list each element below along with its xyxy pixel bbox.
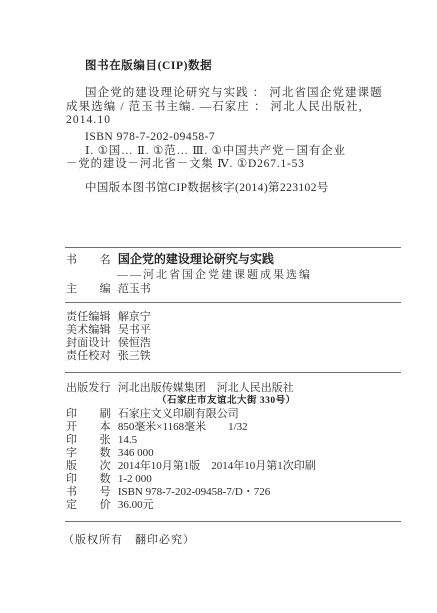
publication-value: 14.5	[118, 434, 137, 447]
staff-value: 侯恒浩	[118, 337, 151, 350]
staff-label: 封面设计	[66, 337, 111, 350]
publication-row: 印 张 14.5	[66, 434, 137, 447]
staff-row: 封面设计 侯恒浩	[66, 337, 151, 350]
chief-editor-label: 主 编	[66, 283, 111, 296]
publisher-value: 河北出版传媒集团 河北人民出版社	[118, 382, 294, 395]
publisher-address: （石家庄市友谊北大街 330号）	[157, 396, 296, 407]
divider	[65, 247, 401, 248]
publication-row: 印 刷 石家庄文义印刷有限公司	[66, 408, 239, 421]
staff-row: 美术编辑 吴书平	[66, 324, 151, 337]
cip-copyright-page: 图书在版编目(CIP)数据 国企党的建设理论研究与实践 ： 河北省国企党建课题 …	[0, 0, 437, 613]
cip-heading: 图书在版编目(CIP)数据	[85, 60, 212, 74]
publication-value: 1-2 000	[118, 473, 152, 486]
publication-label: 开 本	[66, 421, 111, 434]
publication-row: 定 价 36.00元	[66, 499, 154, 512]
publication-row: 印 数 1-2 000	[66, 473, 152, 486]
publication-value: ISBN 978-7-202-09458-7/D・726	[118, 486, 270, 499]
cip-record-line-1: 国企党的建设理论研究与实践 ： 河北省国企党建课题	[85, 87, 383, 101]
staff-value: 吴书平	[118, 324, 151, 337]
publication-row: 字 数 346 000	[66, 447, 154, 460]
publication-label: 版 次	[66, 460, 111, 473]
staff-label: 美术编辑	[66, 324, 111, 337]
chief-editor-row: 主 编 范玉书	[66, 283, 151, 296]
staff-row: 责任校对 张三铁	[66, 350, 151, 363]
publication-label: 字 数	[66, 447, 111, 460]
divider	[65, 302, 401, 303]
publication-value: 石家庄文义印刷有限公司	[118, 408, 239, 421]
cip-record-line-2: 成果选编 / 范玉书主编. —石家庄 ： 河北人民出版社,	[66, 101, 363, 115]
staff-value: 张三铁	[118, 350, 151, 363]
publication-label: 书 号	[66, 486, 111, 499]
publication-value: 36.00元	[118, 499, 154, 512]
staff-label: 责任校对	[66, 350, 111, 363]
book-title-value: 国企党的建设理论研究与实践	[118, 252, 274, 266]
cip-registry-line: 中国版本图书馆CIP数据核字(2014)第223102号	[85, 182, 329, 196]
chief-editor-value: 范玉书	[118, 283, 151, 296]
publication-row: 书 号 ISBN 978-7-202-09458-7/D・726	[66, 486, 270, 499]
staff-label: 责任编辑	[66, 311, 111, 324]
copyright-notice: （版权所有 翻印必究）	[63, 534, 195, 547]
publication-row: 开 本 850毫米×1168毫米 1/32	[66, 421, 248, 434]
cip-record-line-3: 2014.10	[66, 114, 111, 128]
divider	[65, 372, 401, 373]
classification-line-1: Ⅰ. ①国… Ⅱ. ①范… Ⅲ. ①中国共产党－国有企业	[85, 145, 346, 159]
isbn-line: ISBN 978-7-202-09458-7	[85, 131, 215, 145]
book-title-label: 书 名	[66, 254, 111, 267]
publication-label: 定 价	[66, 499, 111, 512]
publication-value: 346 000	[118, 447, 154, 460]
book-subtitle: ——河北省国企党建课题成果选编	[117, 269, 312, 282]
publication-value: 2014年10月第1版 2014年10月第1次印刷	[118, 460, 316, 473]
staff-value: 解京宁	[118, 311, 151, 324]
divider	[65, 521, 401, 522]
book-title-row: 书 名 国企党的建设理论研究与实践	[66, 252, 274, 267]
publication-label: 印 数	[66, 473, 111, 486]
publisher-label: 出版发行	[66, 382, 111, 395]
publisher-row: 出版发行 河北出版传媒集团 河北人民出版社	[66, 382, 294, 395]
publication-value: 850毫米×1168毫米 1/32	[118, 421, 248, 434]
classification-line-2: －党的建设－河北省－文集 Ⅳ. ①D267.1-53	[66, 158, 305, 172]
staff-row: 责任编辑 解京宁	[66, 311, 151, 324]
publication-label: 印 张	[66, 434, 111, 447]
publication-row: 版 次 2014年10月第1版 2014年10月第1次印刷	[66, 460, 316, 473]
publication-label: 印 刷	[66, 408, 111, 421]
